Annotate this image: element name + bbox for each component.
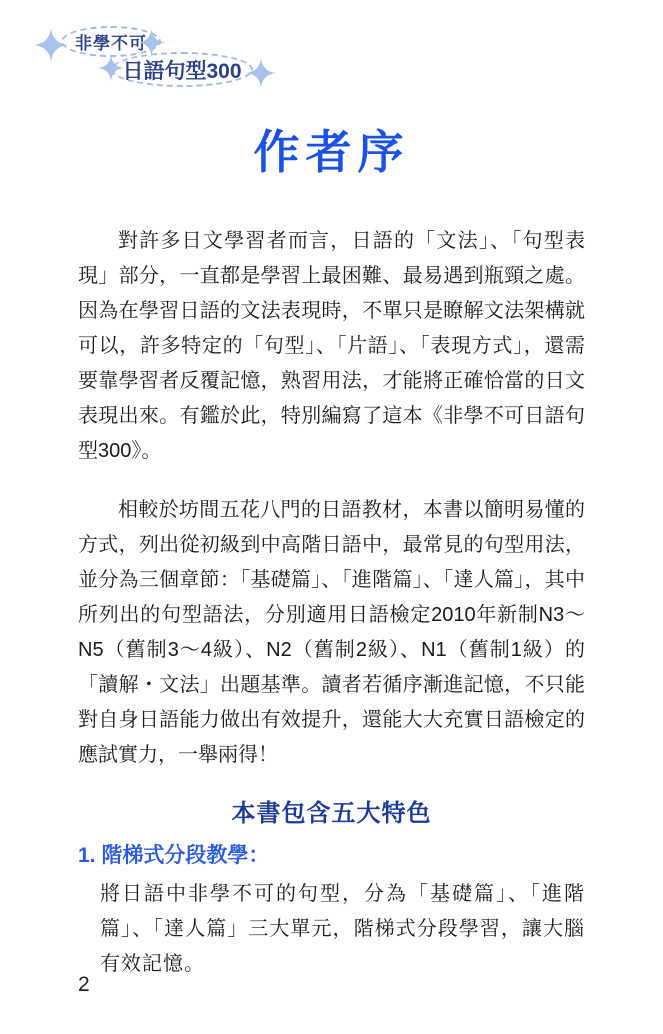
book-title: 日語句型300: [122, 55, 241, 85]
feature-item-1: 1. 階梯式分段教學： 將日語中非學不可的句型，分為「基礎篇」、「進階篇」、「達…: [78, 841, 585, 982]
preface-paragraph-2: 相較於坊間五花八門的日語教材，本書以簡明易懂的方式，列出從初級到中高階日語中，最…: [78, 493, 585, 773]
book-title-badge: 日語句型300: [111, 52, 253, 87]
page-number: 2: [78, 973, 90, 997]
series-title: 非學不可: [75, 29, 147, 54]
feature-label: 1. 階梯式分段教學：: [78, 841, 585, 871]
features-heading: 本書包含五大特色: [78, 797, 585, 831]
book-logo: 非學不可 日語句型300: [34, 26, 294, 96]
feature-body: 將日語中非學不可的句型，分為「基礎篇」、「進階篇」、「達人篇」三大單元，階梯式分…: [100, 877, 585, 982]
preface-paragraph-1: 對許多日文學習者而言，日語的「文法」、「句型表現」部分，一直都是學習上最困難、最…: [78, 224, 585, 469]
preface-content: 對許多日文學習者而言，日語的「文法」、「句型表現」部分，一直都是學習上最困難、最…: [0, 224, 663, 982]
book-page: 非學不可 日語句型300 作者序 對許多日文學習者而言，日語的「文法」、「句型表…: [0, 0, 663, 1034]
sparkle-icon: [246, 58, 276, 88]
